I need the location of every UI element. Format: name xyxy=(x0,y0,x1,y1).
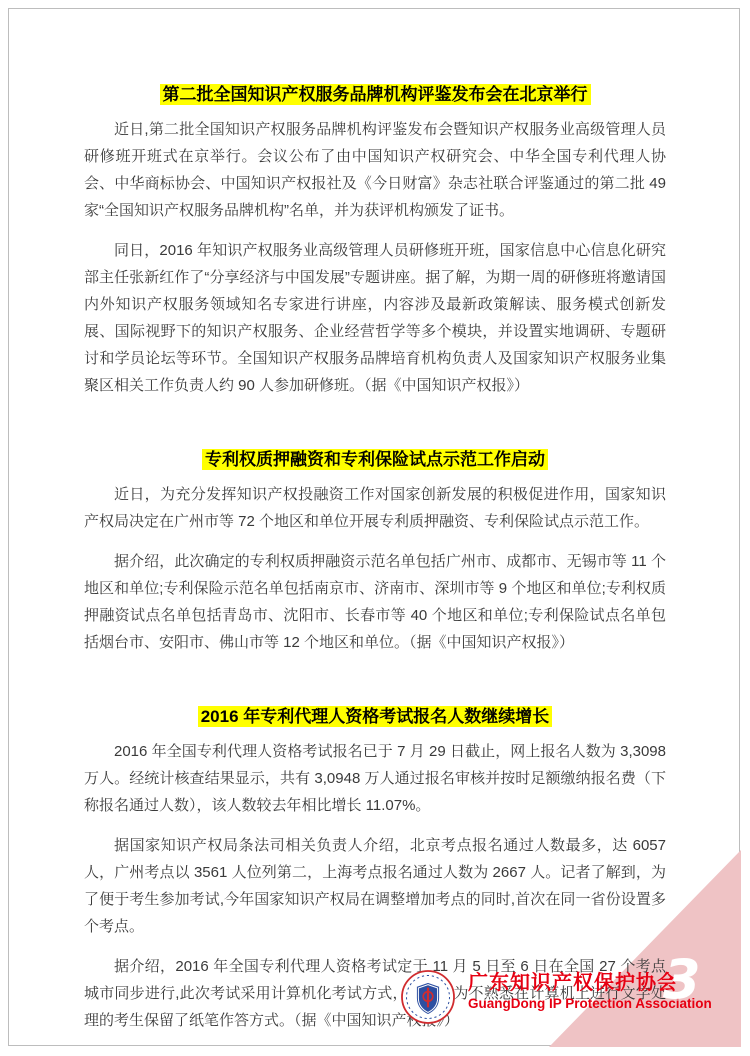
article-paragraph: 近日,第二批全国知识产权服务品牌机构评鉴发布会暨知识产权服务业高级管理人员研修班… xyxy=(84,116,666,224)
article-paragraph: 近日，为充分发挥知识产权投融资工作对国家创新发展的积极促进作用，国家知识产权局决… xyxy=(84,481,666,535)
gdipa-seal-logo-icon xyxy=(400,969,456,1025)
article-title: 2016 年专利代理人资格考试报名人数继续增长 xyxy=(84,706,666,728)
article-title: 第二批全国知识产权服务品牌机构评鉴发布会在北京举行 xyxy=(84,84,666,106)
article-paragraph: 2016 年全国专利代理人资格考试报名已于 7 月 29 日截止，网上报名人数为… xyxy=(84,738,666,819)
article-title: 专利权质押融资和专利保险试点示范工作启动 xyxy=(84,449,666,471)
highlighted-title-text: 2016 年专利代理人资格考试报名人数继续增长 xyxy=(198,706,553,727)
article-paragraph: 同日，2016 年知识产权服务业高级管理人员研修班开班，国家信息中心信息化研究部… xyxy=(84,237,666,399)
article-paragraph: 据国家知识产权局条法司相关负责人介绍，北京考点报名通过人数最多，达 6057 人… xyxy=(84,832,666,940)
highlighted-title-text: 专利权质押融资和专利保险试点示范工作启动 xyxy=(202,449,548,470)
article-brand-agency-release: 第二批全国知识产权服务品牌机构评鉴发布会在北京举行 近日,第二批全国知识产权服务… xyxy=(84,84,666,412)
highlighted-title-text: 第二批全国知识产权服务品牌机构评鉴发布会在北京举行 xyxy=(160,84,591,105)
article-patent-pledge-financing: 专利权质押融资和专利保险试点示范工作启动 近日，为充分发挥知识产权投融资工作对国… xyxy=(84,449,666,669)
article-paragraph: 据介绍，此次确定的专利权质押融资示范名单包括广州市、成都市、无锡市等 11 个地… xyxy=(84,548,666,656)
page-number: 3 xyxy=(663,948,701,1011)
